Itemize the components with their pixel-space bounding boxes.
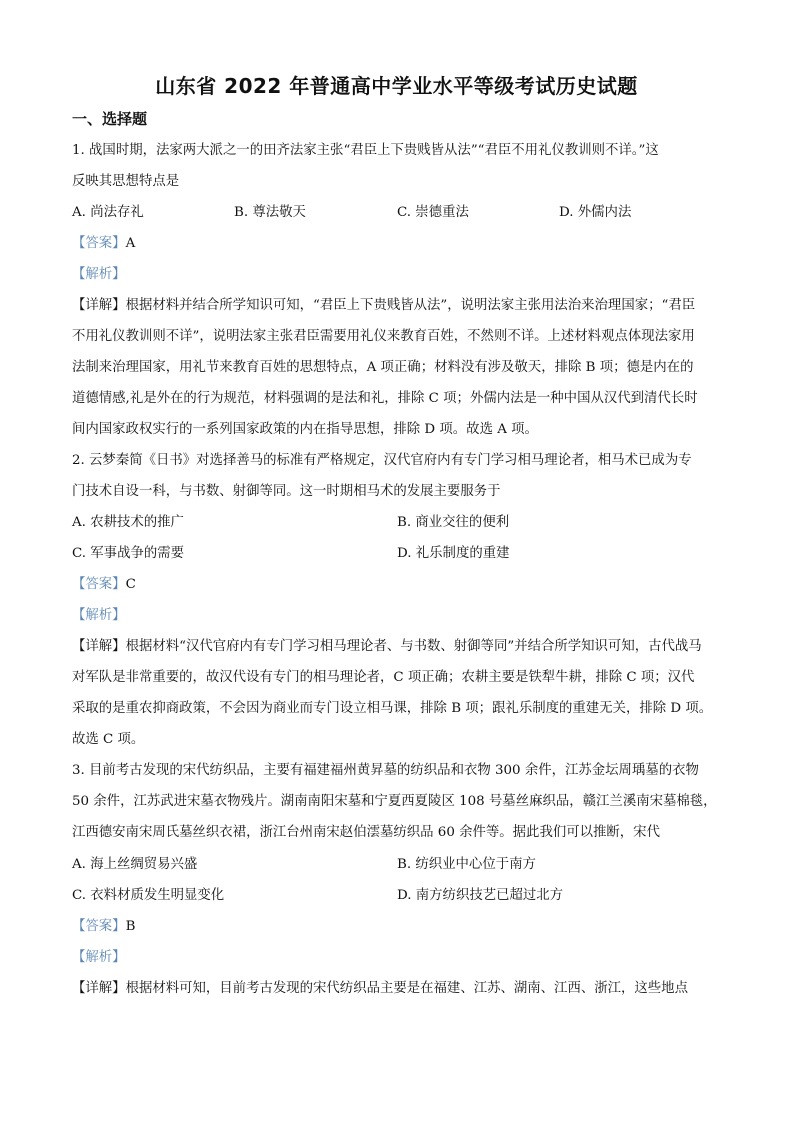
q2-detail-line-3: 采取的是重农抑商政策，不会因为商业而专门设立相马课，排除 B 项；跟礼乐制度的重… [72, 699, 722, 719]
q1-analysis-label: 【解析】 [72, 265, 722, 285]
section-heading: 一、选择题 [72, 108, 147, 129]
q3-option-c: C. 衣料材质发生明显变化 [72, 886, 224, 906]
q3-detail-line-1: 【详解】根据材料可知，目前考古发现的宋代纺织品主要是在福建、江苏、湖南、江西、浙… [72, 979, 722, 999]
q3-stem-line-3: 江西德安南宋周氏墓丝织衣裙，浙江台州南宋赵伯澐墓纺织品 60 余件等。据此我们可… [72, 823, 722, 843]
q1-detail-line-5: 间内国家政权实行的一系列国家政策的内在指导思想，排除 D 项。故选 A 项。 [72, 420, 722, 440]
q2-detail-line-2: 对军队是非常重要的，故汉代设有专门的相马理论者，C 项正确；农耕主要是铁犁牛耕，… [72, 668, 722, 688]
detail-label: 【详解】 [72, 981, 126, 996]
q2-analysis-label: 【解析】 [72, 606, 722, 626]
q2-stem-line-2: 门技术自设一科，与书数、射御等同。这一时期相马术的发展主要服务于 [72, 482, 722, 502]
q1-option-d: D. 外儒内法 [559, 203, 631, 223]
q1-detail-line-2: 不用礼仪教训则不详”，说明法家主张君臣需要用礼仪来教育百姓，不然则不详。上述材料… [72, 327, 722, 347]
q1-option-c: C. 崇德重法 [397, 203, 469, 223]
document-page: 山东省 2022 年普通高中学业水平等级考试历史试题 一、选择题 1. 战国时期… [0, 0, 793, 1122]
answer-label: 【答案】 [72, 919, 126, 934]
answer-value: A [126, 236, 136, 251]
q2-detail-line-1: 【详解】根据材料“汉代官府内有专门学习相马理论者、与书数、射御等同”并结合所学知… [72, 637, 722, 657]
q3-option-d: D. 南方纺织技艺已超过北方 [397, 886, 563, 906]
q3-analysis-label: 【解析】 [72, 948, 722, 968]
q1-option-b: B. 尊法敬天 [234, 203, 306, 223]
document-title: 山东省 2022 年普通高中学业水平等级考试历史试题 [0, 70, 793, 99]
q2-option-d: D. 礼乐制度的重建 [397, 544, 510, 564]
q1-stem-line-2: 反映其思想特点是 [72, 172, 722, 192]
answer-value: B [126, 919, 136, 934]
q3-stem-line-2: 50 余件，江苏武进宋墓衣物残片。湖南南阳宋墓和宁夏西夏陵区 108 号墓丝麻织… [72, 792, 722, 812]
q2-detail-line-4: 故选 C 项。 [72, 730, 722, 750]
q3-answer: 【答案】B [72, 917, 722, 937]
answer-label: 【答案】 [72, 236, 126, 251]
q2-option-c: C. 军事战争的需要 [72, 544, 184, 564]
answer-label: 【答案】 [72, 577, 126, 592]
q1-stem-line-1: 1. 战国时期，法家两大派之一的田齐法家主张“君臣上下贵贱皆从法”“君臣不用礼仪… [72, 141, 722, 161]
answer-value: C [126, 577, 136, 592]
q1-detail-line-3: 法制来治理国家，用礼节来教育百姓的思想特点，A 项正确；材料没有涉及敬天，排除 … [72, 358, 722, 378]
q1-answer: 【答案】A [72, 234, 722, 254]
detail-label: 【详解】 [72, 298, 126, 313]
q1-detail-line-4: 道德情感,礼是外在的行为规范，材料强调的是法和礼，排除 C 项；外儒内法是一种中… [72, 389, 722, 409]
q1-option-a: A. 尚法存礼 [72, 203, 144, 223]
q1-detail-line-1: 【详解】根据材料并结合所学知识可知，“君臣上下贵贱皆从法”，说明法家主张用法治来… [72, 296, 722, 316]
q3-option-a: A. 海上丝绸贸易兴盛 [72, 855, 197, 875]
q2-option-b: B. 商业交往的便利 [397, 513, 509, 533]
q3-stem-line-1: 3. 目前考古发现的宋代纺织品，主要有福建福州黄昇墓的纺织品和衣物 300 余件… [72, 761, 722, 781]
q2-answer: 【答案】C [72, 575, 722, 595]
q2-option-a: A. 农耕技术的推广 [72, 513, 184, 533]
q3-option-b: B. 纺织业中心位于南方 [397, 855, 536, 875]
q2-stem-line-1: 2. 云梦秦简《日书》对选择善马的标准有严格规定，汉代官府内有专门学习相马理论者… [72, 451, 722, 471]
detail-label: 【详解】 [72, 639, 126, 654]
